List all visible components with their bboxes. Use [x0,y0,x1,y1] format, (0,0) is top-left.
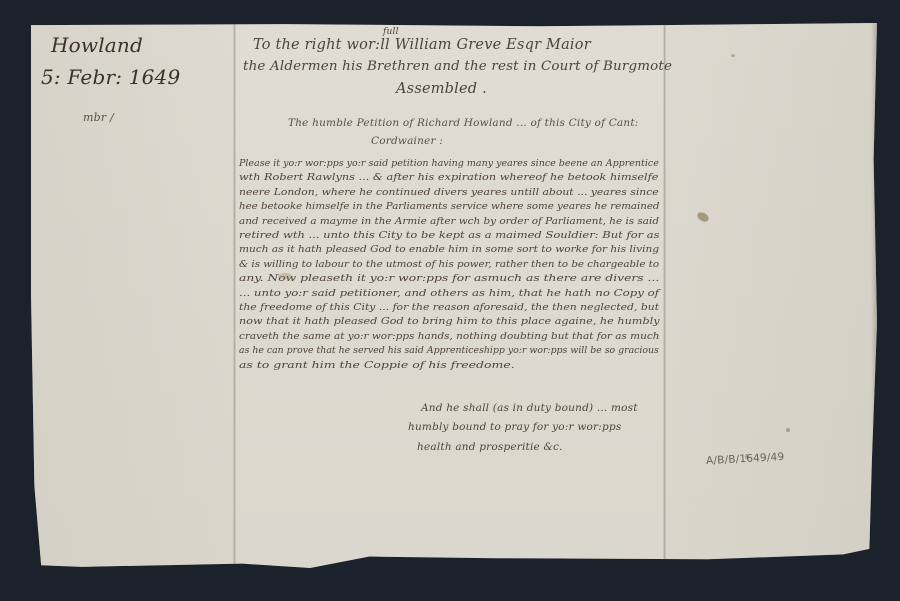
closing-line-1: And he shall (as in duty bound) ... most [421,402,638,414]
body-line: retired wth ... unto this City to be kep… [239,229,749,243]
body-line: any. Now pleaseth it yo:r wor:pps for as… [239,272,785,286]
docket-name: Howland [51,33,143,57]
body-line: the freedome of this City ... for the re… [239,301,718,315]
body-line: ... unto yo:r said petitioner, and other… [239,287,759,301]
closing-line-3: health and prosperitie &c. [417,441,563,453]
address-line-1: To the right wor:ll William Greve Esqr M… [253,37,591,53]
docket-date: 5: Febr: 1649 [41,65,180,89]
body-line: much as it hath pleased God to enable hi… [239,243,708,257]
address-superscript: full [383,27,399,37]
body-line: Please it yo:r wor:pps yo:r said petitio… [239,157,660,171]
body-line: hee betooke himselfe in the Parliaments … [239,200,692,214]
docket-note: mbr / [83,111,114,124]
address-line-2: the Aldermen his Brethren and the rest i… [243,59,672,74]
petition-heading-line-2: Cordwainer : [371,135,443,147]
petition-heading-line-1: The humble Petition of Richard Howland .… [288,117,639,129]
closing-line-2: humbly bound to pray for yo:r wor:pps [408,421,621,433]
fold-line-left [233,23,236,568]
body-line: & is willing to labour to the utmost of … [239,258,694,272]
spot-mark [786,428,790,432]
left-fold-panel: Howland 5: Febr: 1649 mbr / [31,23,234,568]
body-line: neere London, where he continued divers … [239,186,718,200]
foxing-stain [278,273,292,279]
document-sheet: Howland 5: Febr: 1649 mbr / full To the … [31,23,877,568]
spot-mark [745,454,749,459]
body-line: as he can prove that he served his said … [239,344,653,358]
edge-shadow [871,23,877,568]
body-line: craveth the same at yo:r wor:pps hands, … [239,330,703,344]
body-line: now that it hath pleased God to bring hi… [239,315,736,329]
address-line-3: Assembled . [396,81,487,97]
body-line: as to grant him the Coppie of his freedo… [239,359,792,373]
body-line: wth Robert Rawlyns ... & after his expir… [239,171,739,185]
spot-mark [731,54,735,57]
body-line: and received a mayme in the Armie after … [239,215,700,229]
petition-body: Please it yo:r wor:pps yo:r said petitio… [239,157,664,373]
